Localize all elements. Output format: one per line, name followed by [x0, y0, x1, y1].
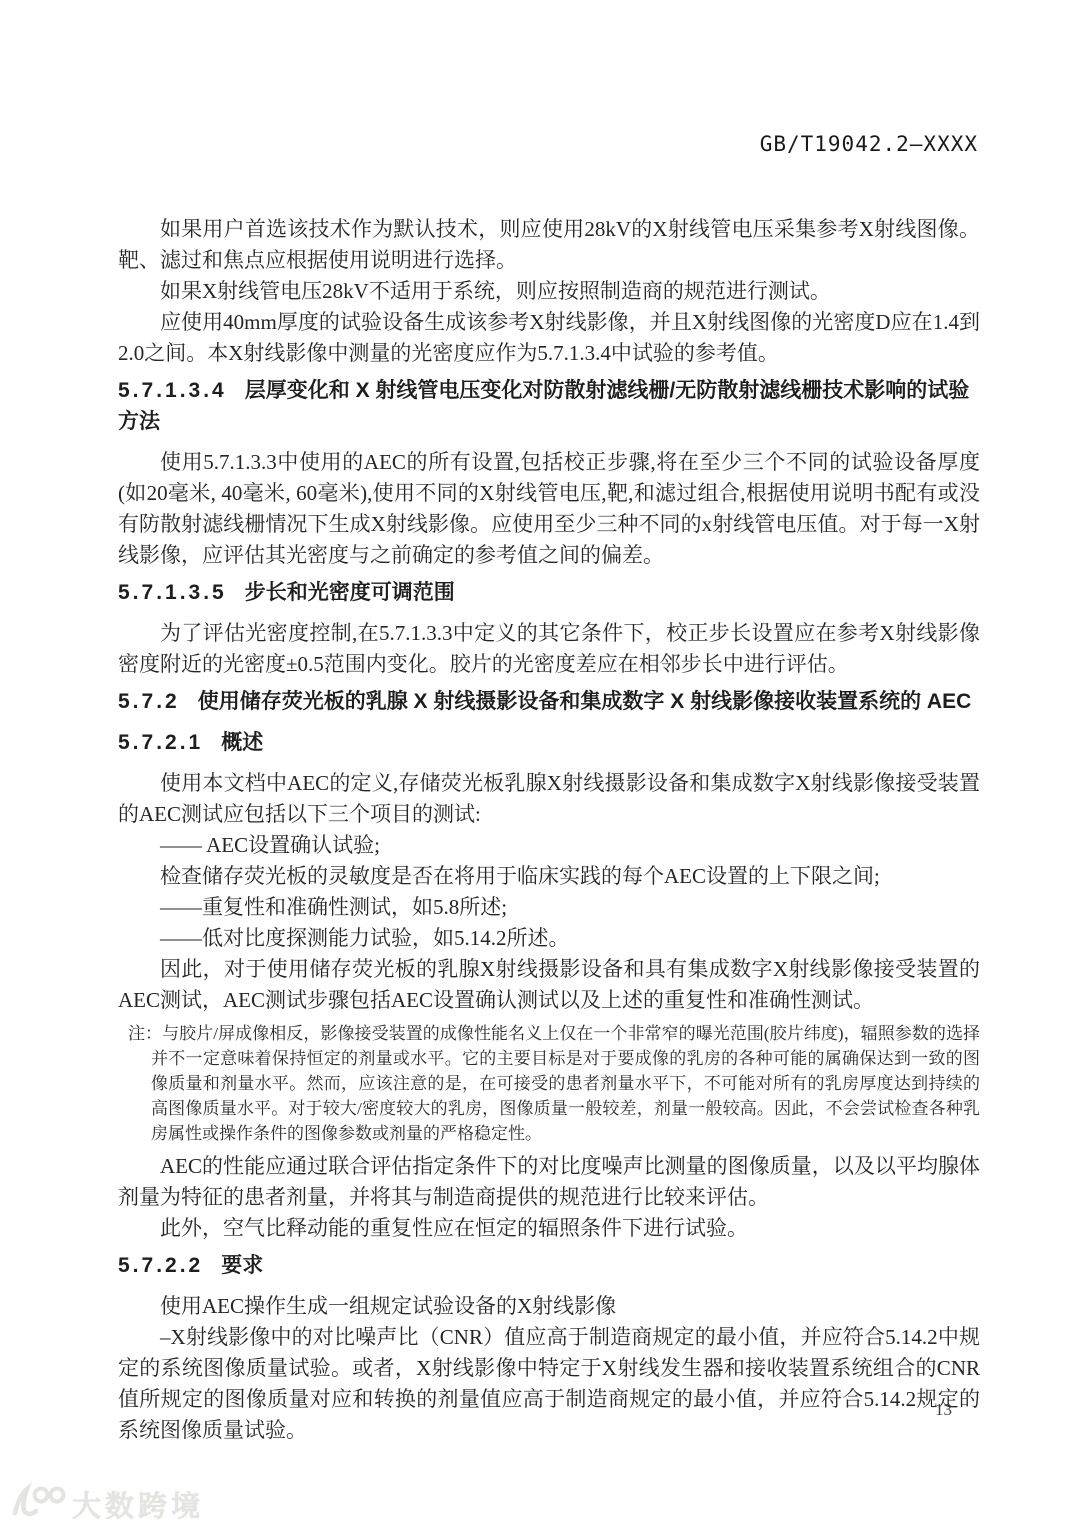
page-number: 13	[935, 1400, 952, 1420]
body-paragraph: 如果X射线管电压28kV不适用于系统，则应按照制造商的规范进行测试。	[118, 276, 980, 307]
note-block: 注：与胶片/屏成像相反，影像接受装置的成像性能名义上仅在一个非常窄的曝光范围(胶…	[118, 1021, 980, 1146]
heading-title: 层厚变化和 X 射线管电压变化对防散射滤线栅/无防散射滤线栅技术影响的试验方法	[118, 379, 969, 433]
heading-number: 5.7.2.2	[118, 1254, 203, 1277]
body-paragraph: 如果用户首选该技术作为默认技术，则应使用28kV的X射线管电压采集参考X射线图像…	[118, 214, 980, 276]
heading-title: 概述	[221, 731, 263, 754]
body-paragraph: 此外，空气比释动能的重复性应在恒定的辐照条件下进行试验。	[118, 1213, 980, 1244]
list-item: ——低对比度探测能力试验，如5.14.2所述。	[118, 923, 980, 954]
heading-number: 5.7.2	[118, 690, 180, 713]
body-paragraph: 因此，对于使用储存荧光板的乳腺X射线摄影设备和具有集成数字X射线影像接受装置的A…	[118, 954, 980, 1016]
heading-title: 使用储存荧光板的乳腺 X 射线摄影设备和集成数字 X 射线影像接收装置系统的 A…	[198, 690, 972, 713]
section-heading: 5.7.2.1概述	[118, 727, 980, 758]
section-heading: 5.7.1.3.4层厚变化和 X 射线管电压变化对防散射滤线栅/无防散射滤线栅技…	[118, 375, 980, 437]
body-paragraph: 使用本文档中AEC的定义,存储荧光板乳腺X射线摄影设备和集成数字X射线影像接受装…	[118, 768, 980, 830]
section-heading: 5.7.2.2要求	[118, 1250, 980, 1281]
section-heading: 5.7.2使用储存荧光板的乳腺 X 射线摄影设备和集成数字 X 射线影像接收装置…	[118, 686, 980, 717]
note-label: 注：	[128, 1024, 162, 1043]
heading-number: 5.7.1.3.4	[118, 379, 227, 402]
body-paragraph: 应使用40mm厚度的试验设备生成该参考X射线影像，并且X射线图像的光密度D应在1…	[118, 307, 980, 369]
note-text: 与胶片/屏成像相反，影像接受装置的成像性能名义上仅在一个非常窄的曝光范围(胶片纬…	[151, 1024, 980, 1143]
heading-number: 5.7.1.3.5	[118, 581, 227, 604]
list-item: —— AEC设置确认试验;	[118, 830, 980, 861]
body-paragraph: 使用5.7.1.3.3中使用的AEC的所有设置,包括校正步骤,将在至少三个不同的…	[118, 447, 980, 571]
list-item: ——重复性和准确性测试，如5.8所述;	[118, 892, 980, 923]
body-paragraph: 使用AEC操作生成一组规定试验设备的X射线影像	[118, 1291, 980, 1322]
body-paragraph: AEC的性能应通过联合评估指定条件下的对比度噪声比测量的图像质量，以及以平均腺体…	[118, 1151, 980, 1213]
watermark: 大数跨境	[8, 1482, 204, 1527]
list-item: 检查储存荧光板的灵敏度是否在将用于临床实践的每个AEC设置的上下限之间;	[118, 861, 980, 892]
heading-title: 步长和光密度可调范围	[245, 581, 455, 604]
page-header-code: GB/T19042.2—XXXX	[760, 132, 978, 156]
watermark-100-smile-icon	[8, 1482, 66, 1527]
watermark-text: 大数跨境	[72, 1484, 204, 1525]
heading-title: 要求	[221, 1254, 263, 1277]
heading-number: 5.7.2.1	[118, 731, 203, 754]
section-heading: 5.7.1.3.5步长和光密度可调范围	[118, 577, 980, 608]
body-paragraph: 为了评估光密度控制,在5.7.1.3.3中定义的其它条件下，校正步长设置应在参考…	[118, 618, 980, 680]
document-body: 如果用户首选该技术作为默认技术，则应使用28kV的X射线管电压采集参考X射线图像…	[118, 214, 980, 1446]
body-paragraph: –X射线影像中的对比噪声比（CNR）值应高于制造商规定的最小值，并应符合5.14…	[118, 1322, 980, 1446]
